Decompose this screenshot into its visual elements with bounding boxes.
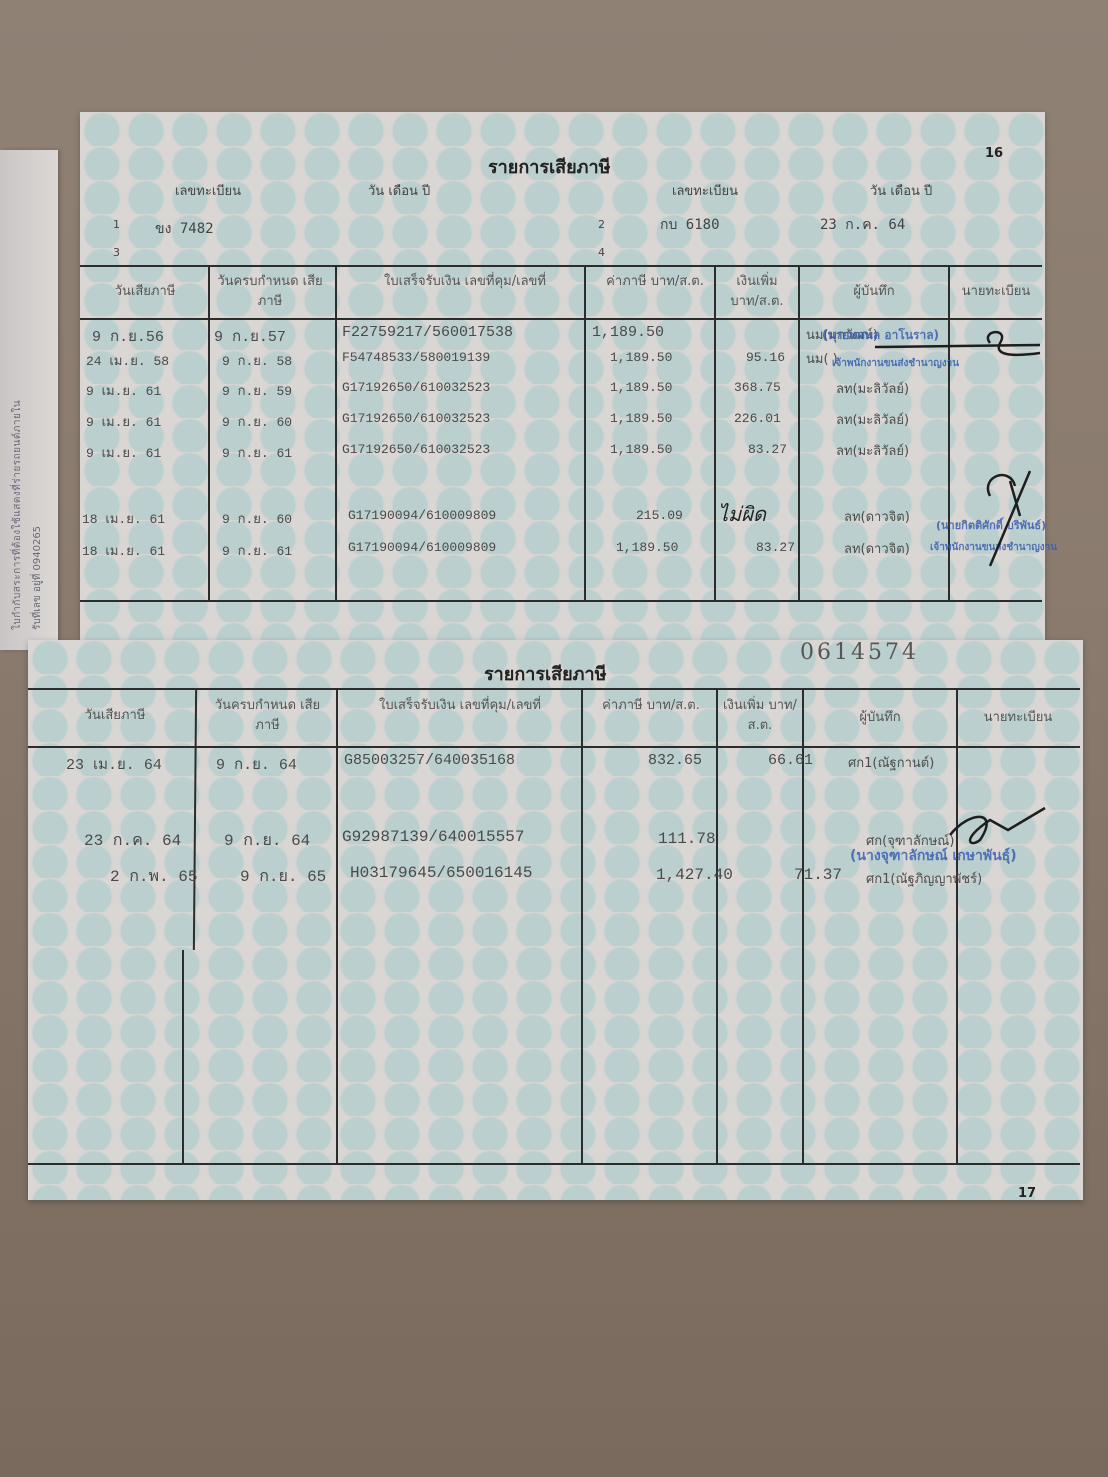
column-header-recorder: ผู้บันทึก (800, 282, 948, 302)
receipt-number: G17192650/610032523 (342, 442, 490, 457)
column-header-registrar: นายทะเบียน (958, 708, 1078, 728)
recorder: ศก1(ณัฐภิญญาพัชร์) (866, 868, 982, 889)
page-title-bottom: รายการเสียภาษี (484, 659, 607, 688)
surcharge-amount: 95.16 (746, 350, 785, 365)
due-date: 9 ก.ย.57 (214, 324, 286, 348)
date-label-left: วัน เดือน ปี (368, 180, 430, 201)
due-date: 9 ก.ย. 60 (222, 411, 292, 432)
recorder: ลท(ดาวจิต) (844, 538, 910, 559)
recorder: ลท(มะลิวัลย์) (836, 440, 909, 461)
page-number-bottom: 17 (1018, 1186, 1036, 1201)
column-divider (208, 265, 210, 602)
recorder: ลท(มะลิวัลย์) (836, 378, 909, 399)
receipt-number: H03179645/650016145 (350, 864, 532, 882)
column-header-recorder: ผู้บันทึก (806, 708, 954, 728)
recorder: ลท(ดาวจิต) (844, 506, 910, 527)
handwritten-serial-number: 0614574 (800, 640, 919, 665)
tax-amount: 1,189.50 (610, 350, 672, 365)
due-date: 9 ก.ย. 60 (222, 508, 292, 529)
tax-amount: 1,427.40 (656, 866, 733, 884)
side-slip-text-2: รับที่เลข อยู่ที่ 0940265 (30, 170, 50, 630)
due-date: 9 ก.ย. 61 (222, 442, 292, 463)
due-date: 9 ก.ย. 64 (224, 828, 310, 853)
date-label-right: วัน เดือน ปี (870, 180, 932, 201)
recorder: ลท(มะลิวัลย์) (836, 409, 909, 430)
due-date: 9 ก.ย. 61 (222, 540, 292, 561)
surcharge-amount: 226.01 (734, 411, 781, 426)
due-date: 9 ก.ย. 59 (222, 380, 292, 401)
column-divider (716, 688, 718, 1164)
receipt-number: G17192650/610032523 (342, 411, 490, 426)
registration-label-left: เลขทะเบียน (175, 180, 241, 201)
column-divider (584, 265, 586, 602)
table-border (28, 746, 1080, 748)
surcharge-amount: 83.27 (756, 540, 795, 555)
column-header-paid-date: วันเสียภาษี (82, 282, 208, 302)
receipt-number: F22759217/560017538 (342, 324, 513, 341)
column-divider (714, 265, 716, 602)
due-date: 9 ก.ย. 58 (222, 350, 292, 371)
column-header-receipt: ใบเสร็จรับเงิน เลขที่คุม/เลขที่ (380, 272, 550, 292)
signature-icon (970, 466, 1050, 576)
column-header-surcharge: เงินเพิ่ม บาท/ส.ต. (722, 272, 792, 312)
receipt-number: F54748533/580019139 (342, 350, 490, 365)
column-header-surcharge: เงินเพิ่ม บาท/ส.ต. (722, 696, 798, 736)
surcharge-amount: 83.27 (748, 442, 787, 457)
table-border (28, 688, 1080, 690)
column-header-due-date: วันครบกำหนด เสียภาษี (215, 272, 325, 312)
receipt-number: G17190094/610009809 (348, 508, 496, 523)
registration-date-2: 23 ก.ค. 64 (820, 214, 905, 236)
receipt-number: G17192650/610032523 (342, 380, 490, 395)
table-border (80, 265, 1042, 267)
paid-date: 18 เม.ย. 61 (82, 540, 165, 561)
paid-date: 18 เม.ย. 61 (82, 508, 165, 529)
column-divider (581, 688, 583, 1164)
recorder: ศก1(ณัฐกานต์) (848, 752, 934, 773)
registration-index: 3 (113, 246, 120, 259)
registration-index: 1 (113, 218, 120, 231)
tax-amount: 1,189.50 (610, 442, 672, 457)
tax-amount: 1,189.50 (616, 540, 678, 555)
signature-icon (940, 800, 1050, 850)
receipt-number: G92987139/640015557 (342, 828, 524, 846)
tax-amount: 1,189.50 (610, 380, 672, 395)
page-title-top: รายการเสียภาษี (488, 152, 611, 181)
column-divider (798, 265, 800, 602)
page-number-top: 16 (985, 146, 1003, 161)
paid-date: 9 เม.ย. 61 (86, 442, 161, 463)
due-date: 9 ก.ย. 64 (216, 752, 297, 776)
surcharge-amount: 66.61 (768, 752, 813, 769)
paid-date: 9 เม.ย. 61 (86, 380, 161, 401)
handwritten-note: ไม่ผิด (718, 498, 766, 530)
tax-amount: 215.09 (636, 508, 683, 523)
paid-date: 2 ก.พ. 65 (110, 864, 197, 889)
column-divider (336, 688, 338, 1164)
due-date: 9 ก.ย. 65 (240, 864, 326, 889)
column-divider (956, 688, 958, 1164)
column-header-tax: ค่าภาษี บาท/ส.ต. (605, 272, 705, 292)
table-border (28, 1163, 1080, 1165)
registration-index: 2 (598, 218, 605, 231)
tax-amount: 1,189.50 (592, 324, 664, 341)
paid-date: 23 เม.ย. 64 (66, 752, 162, 776)
column-divider (335, 265, 337, 602)
column-header-tax: ค่าภาษี บาท/ส.ต. (596, 696, 706, 716)
paid-date: 23 ก.ค. 64 (84, 828, 181, 853)
tax-amount: 832.65 (648, 752, 702, 769)
side-slip-text: ใบกำกับสระการที่ต้องใช้แสดงที่ร่ายรถยนต์… (10, 170, 30, 630)
signature-icon (870, 325, 1050, 365)
registration-index: 4 (598, 246, 605, 259)
surcharge-amount: 71.37 (794, 866, 842, 884)
column-header-receipt: ใบเสร็จรับเงิน เลขที่คุม/เลขที่ (370, 696, 550, 716)
column-divider (182, 950, 184, 1164)
table-border (80, 600, 1042, 602)
column-header-paid-date: วันเสียภาษี (40, 706, 190, 726)
paid-date: 9 ก.ย.56 (92, 324, 164, 348)
receipt-number: G17190094/610009809 (348, 540, 496, 555)
tax-amount: 1,189.50 (610, 411, 672, 426)
tax-amount: 111.78 (658, 830, 716, 848)
column-header-registrar: นายทะเบียน (950, 282, 1042, 302)
table-border (80, 318, 1042, 320)
surcharge-amount: 368.75 (734, 380, 781, 395)
paid-date: 9 เม.ย. 61 (86, 411, 161, 432)
receipt-number: G85003257/640035168 (344, 752, 515, 769)
registration-label-right: เลขทะเบียน (672, 180, 738, 201)
side-slip: ใบกำกับสระการที่ต้องใช้แสดงที่ร่ายรถยนต์… (0, 150, 58, 650)
column-header-due-date: วันครบกำหนด เสียภาษี (205, 696, 330, 736)
paid-date: 24 เม.ย. 58 (86, 350, 169, 371)
registration-plate-2: กบ 6180 (660, 214, 720, 236)
registration-plate-1: ขง 7482 (155, 218, 214, 240)
